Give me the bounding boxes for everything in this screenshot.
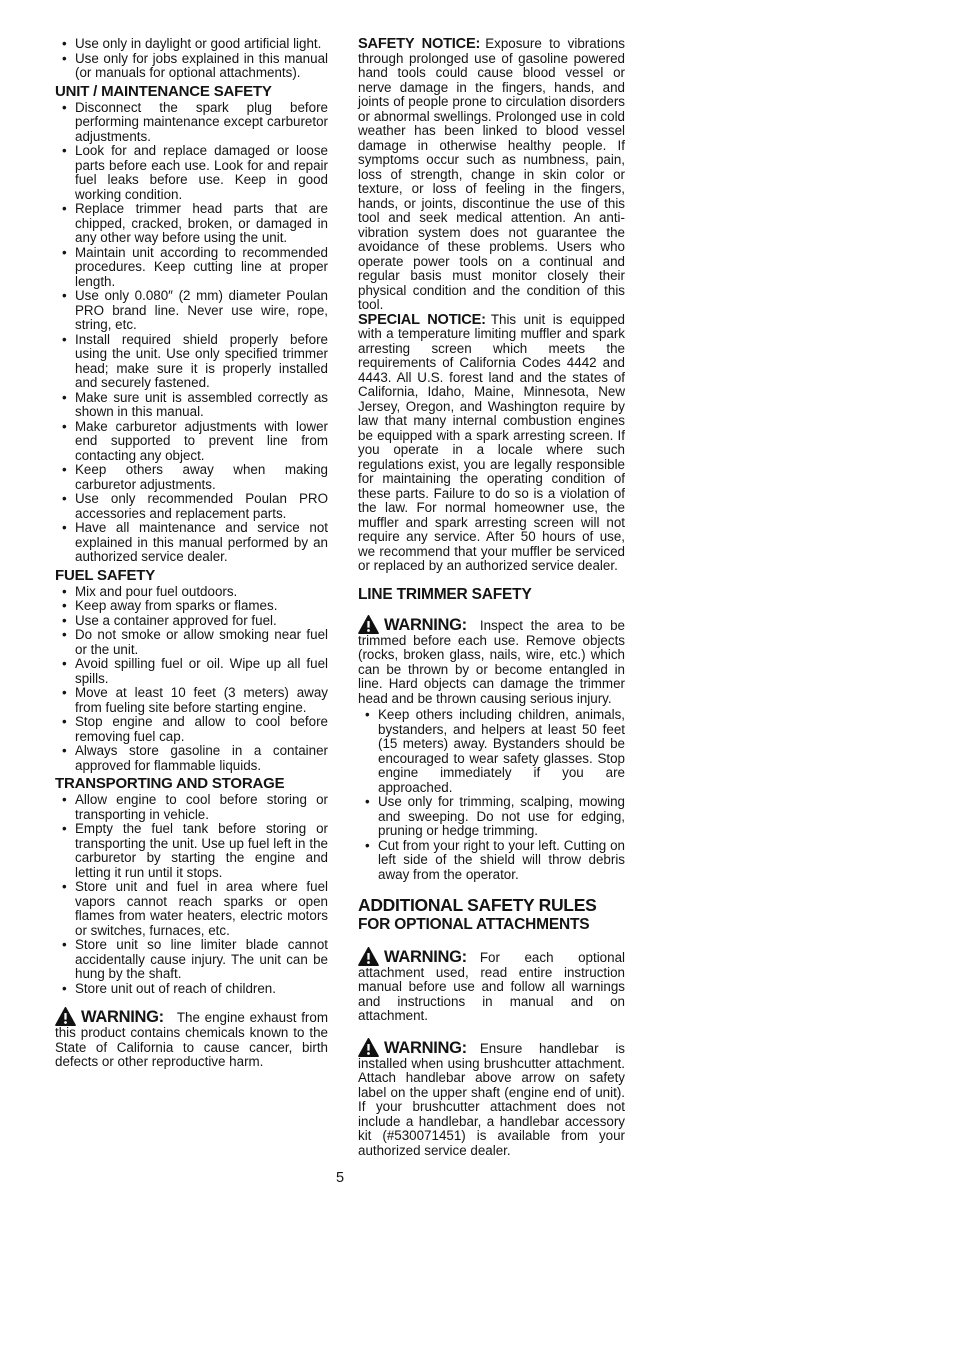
line-trimmer-bullet-list: Keep others including children, animals,… bbox=[358, 708, 625, 882]
bullet-item: Install required shield properly before … bbox=[55, 333, 328, 391]
bullet-item: Use a container approved for fuel. bbox=[55, 614, 328, 629]
page-number: 5 bbox=[55, 1170, 625, 1186]
bullet-item: Always store gasoline in a container app… bbox=[55, 744, 328, 773]
bullet-item: Use only for jobs explained in this manu… bbox=[55, 52, 328, 81]
bullet-item: Make sure unit is assembled correctly as… bbox=[55, 391, 328, 420]
bullet-item: Use only for trimming, scalping, mowing … bbox=[358, 795, 625, 839]
bullet-item: Mix and pour fuel outdoors. bbox=[55, 585, 328, 600]
bullet-item: Empty the fuel tank before storing or tr… bbox=[55, 822, 328, 880]
bullet-item: Keep others including children, animals,… bbox=[358, 708, 625, 795]
bullet-item: Disconnect the spark plug before perform… bbox=[55, 101, 328, 145]
section-heading-additional-safety-rules: ADDITIONAL SAFETY RULES FOR OPTIONAL ATT… bbox=[358, 896, 625, 933]
special-notice-paragraph: SPECIAL NOTICE:This unit is equipped wit… bbox=[358, 313, 625, 574]
two-column-layout: Use only in daylight or good artificial … bbox=[55, 37, 625, 1158]
bullet-item: Replace trimmer head parts that are chip… bbox=[55, 202, 328, 246]
warning-paragraph-inspect-area: WARNING:Inspect the area to be trimmed b… bbox=[358, 615, 625, 707]
bullet-item: Make carburetor adjustments with lower e… bbox=[55, 420, 328, 464]
warning-triangle-icon bbox=[358, 615, 379, 634]
bullet-item: Allow engine to cool before storing or t… bbox=[55, 793, 328, 822]
right-column: SAFETY NOTICE:Exposure to vibrations thr… bbox=[358, 37, 625, 1158]
bullet-item: Keep others away when making carburetor … bbox=[55, 463, 328, 492]
warning-label: WARNING: bbox=[384, 948, 467, 966]
bullet-item: Have all maintenance and service not exp… bbox=[55, 521, 328, 565]
safety-notice-text: Exposure to vibrations through prolonged… bbox=[358, 36, 625, 312]
bullet-item: Do not smoke or allow smoking near fuel … bbox=[55, 628, 328, 657]
manual-page: Use only in daylight or good artificial … bbox=[0, 0, 954, 1348]
unit-maintenance-bullet-list: Disconnect the spark plug before perform… bbox=[55, 101, 328, 565]
bullet-item: Use only in daylight or good artificial … bbox=[55, 37, 328, 52]
warning-text: Ensure handlebar is installed when using… bbox=[358, 1041, 625, 1158]
section-heading-unit-maintenance-safety: UNIT / MAINTENANCE SAFETY bbox=[55, 83, 328, 100]
warning-triangle-icon bbox=[358, 947, 379, 966]
bullet-item: Avoid spilling fuel or oil. Wipe up all … bbox=[55, 657, 328, 686]
warning-paragraph-engine-exhaust: WARNING:The engine exhaust from this pro… bbox=[55, 1007, 328, 1070]
heading-line-2: FOR OPTIONAL ATTACHMENTS bbox=[358, 916, 625, 933]
bullet-item: Keep away from sparks or flames. bbox=[55, 599, 328, 614]
fuel-safety-bullet-list: Mix and pour fuel outdoors. Keep away fr… bbox=[55, 585, 328, 774]
heading-line-1: ADDITIONAL SAFETY RULES bbox=[358, 896, 625, 916]
bullet-item: Maintain unit according to recommended p… bbox=[55, 246, 328, 290]
transporting-bullet-list: Allow engine to cool before storing or t… bbox=[55, 793, 328, 996]
warning-label: WARNING: bbox=[384, 1039, 467, 1057]
bullet-item: Move at least 10 feet (3 meters) away fr… bbox=[55, 686, 328, 715]
bullet-item: Use only 0.080″ (2 mm) diameter Poulan P… bbox=[55, 289, 328, 333]
warning-triangle-icon bbox=[55, 1007, 76, 1026]
intro-bullet-list: Use only in daylight or good artificial … bbox=[55, 37, 328, 81]
warning-label: WARNING: bbox=[384, 616, 467, 634]
bullet-item: Store unit so line limiter blade cannot … bbox=[55, 938, 328, 982]
left-column: Use only in daylight or good artificial … bbox=[55, 37, 328, 1158]
warning-paragraph-optional-attachment: WARNING:For each optional attachment use… bbox=[358, 947, 625, 1024]
warning-paragraph-handlebar: WARNING:Ensure handlebar is installed wh… bbox=[358, 1038, 625, 1159]
special-notice-text: This unit is equipped with a temperature… bbox=[358, 312, 625, 574]
bullet-item: Cut from your right to your left. Cuttin… bbox=[358, 839, 625, 883]
warning-triangle-icon bbox=[358, 1038, 379, 1057]
warning-label: WARNING: bbox=[81, 1008, 164, 1026]
section-heading-fuel-safety: FUEL SAFETY bbox=[55, 567, 328, 584]
bullet-item: Stop engine and allow to cool before rem… bbox=[55, 715, 328, 744]
bullet-item: Store unit out of reach of children. bbox=[55, 982, 328, 997]
page-content: Use only in daylight or good artificial … bbox=[55, 37, 625, 1186]
section-heading-transporting-storage: TRANSPORTING AND STORAGE bbox=[55, 775, 328, 792]
bullet-item: Look for and replace damaged or loose pa… bbox=[55, 144, 328, 202]
bullet-item: Store unit and fuel in area where fuel v… bbox=[55, 880, 328, 938]
safety-notice-paragraph: SAFETY NOTICE:Exposure to vibrations thr… bbox=[358, 37, 625, 313]
section-heading-line-trimmer-safety: LINE TRIMMER SAFETY bbox=[358, 586, 625, 604]
bullet-item: Use only recommended Poulan PRO accessor… bbox=[55, 492, 328, 521]
